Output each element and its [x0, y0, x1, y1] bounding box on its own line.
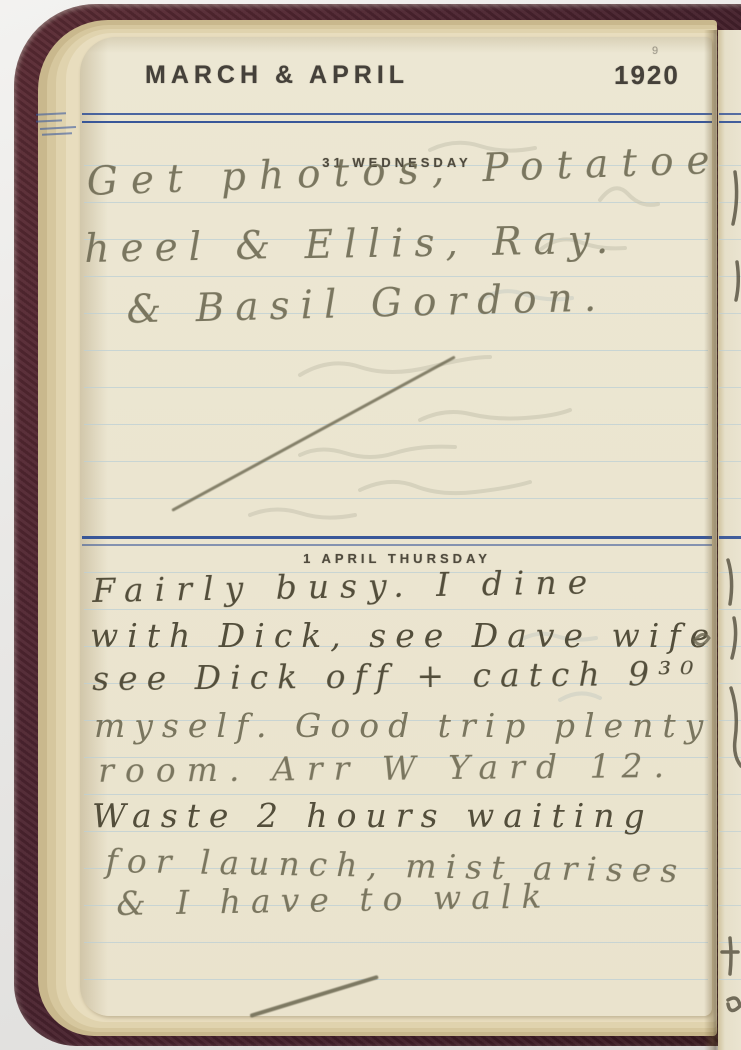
ruled-line	[719, 165, 741, 166]
header-divider-rule-sliver	[719, 121, 741, 123]
ruled-line	[719, 646, 741, 647]
ruled-line	[719, 905, 741, 906]
ruled-line	[84, 276, 708, 277]
ruled-line	[719, 942, 741, 943]
ruled-line	[84, 202, 708, 203]
ruled-line	[84, 461, 708, 462]
ruled-line	[719, 609, 741, 610]
ruled-line	[719, 979, 741, 980]
handwriting-line: room. Arr W Yard 12.	[98, 746, 675, 790]
handwriting-line: see Dick off + catch 9³⁰	[92, 654, 703, 698]
handwriting-line: myself. Good trip plenty	[94, 706, 712, 745]
entry-divider-rule-sliver	[719, 536, 741, 539]
ruled-line	[719, 387, 741, 388]
ruled-line	[719, 239, 741, 240]
year-label: 1920	[614, 60, 680, 91]
ruled-line	[719, 757, 741, 758]
ruled-line	[84, 979, 708, 980]
header-divider-rule	[82, 113, 712, 115]
ruled-line	[719, 313, 741, 314]
ruled-line	[84, 609, 708, 610]
ruled-line	[84, 794, 708, 795]
ruled-line	[719, 683, 741, 684]
ruled-line	[719, 868, 741, 869]
ruled-line	[719, 424, 741, 425]
ruled-line	[719, 572, 741, 573]
ruled-line	[84, 424, 708, 425]
entry-divider-rule	[82, 544, 712, 546]
month-header: MARCH & APRIL	[145, 61, 409, 90]
handwriting-line: heel & Ellis, Ray.	[84, 218, 619, 272]
handwriting-line: Waste 2 hours waiting	[92, 796, 654, 835]
stray-print-mark: 9	[652, 45, 658, 57]
ruled-line	[719, 831, 741, 832]
ruled-line	[719, 794, 741, 795]
header-divider-rule	[82, 121, 712, 123]
handwriting-line: & I have to walk	[116, 876, 552, 923]
ruled-line	[719, 276, 741, 277]
ruled-line	[719, 461, 741, 462]
entry-divider-rule	[82, 536, 712, 539]
diary-right-page-sliver	[718, 30, 741, 1050]
ruled-line	[84, 498, 708, 499]
ruled-line	[719, 350, 741, 351]
ruled-line	[719, 720, 741, 721]
diary-photograph: MARCH & APRIL 1920 9 31 WEDNESDAY 1 APRI…	[0, 0, 741, 1050]
ruled-line	[84, 350, 708, 351]
ruled-line	[719, 498, 741, 499]
date-heading-1-april-thursday: 1 APRIL THURSDAY	[82, 551, 712, 566]
ruled-line	[719, 202, 741, 203]
header-divider-rule-sliver	[719, 113, 741, 115]
ruled-line	[84, 942, 708, 943]
handwriting-line: with Dick, see Dave wife	[90, 616, 718, 655]
